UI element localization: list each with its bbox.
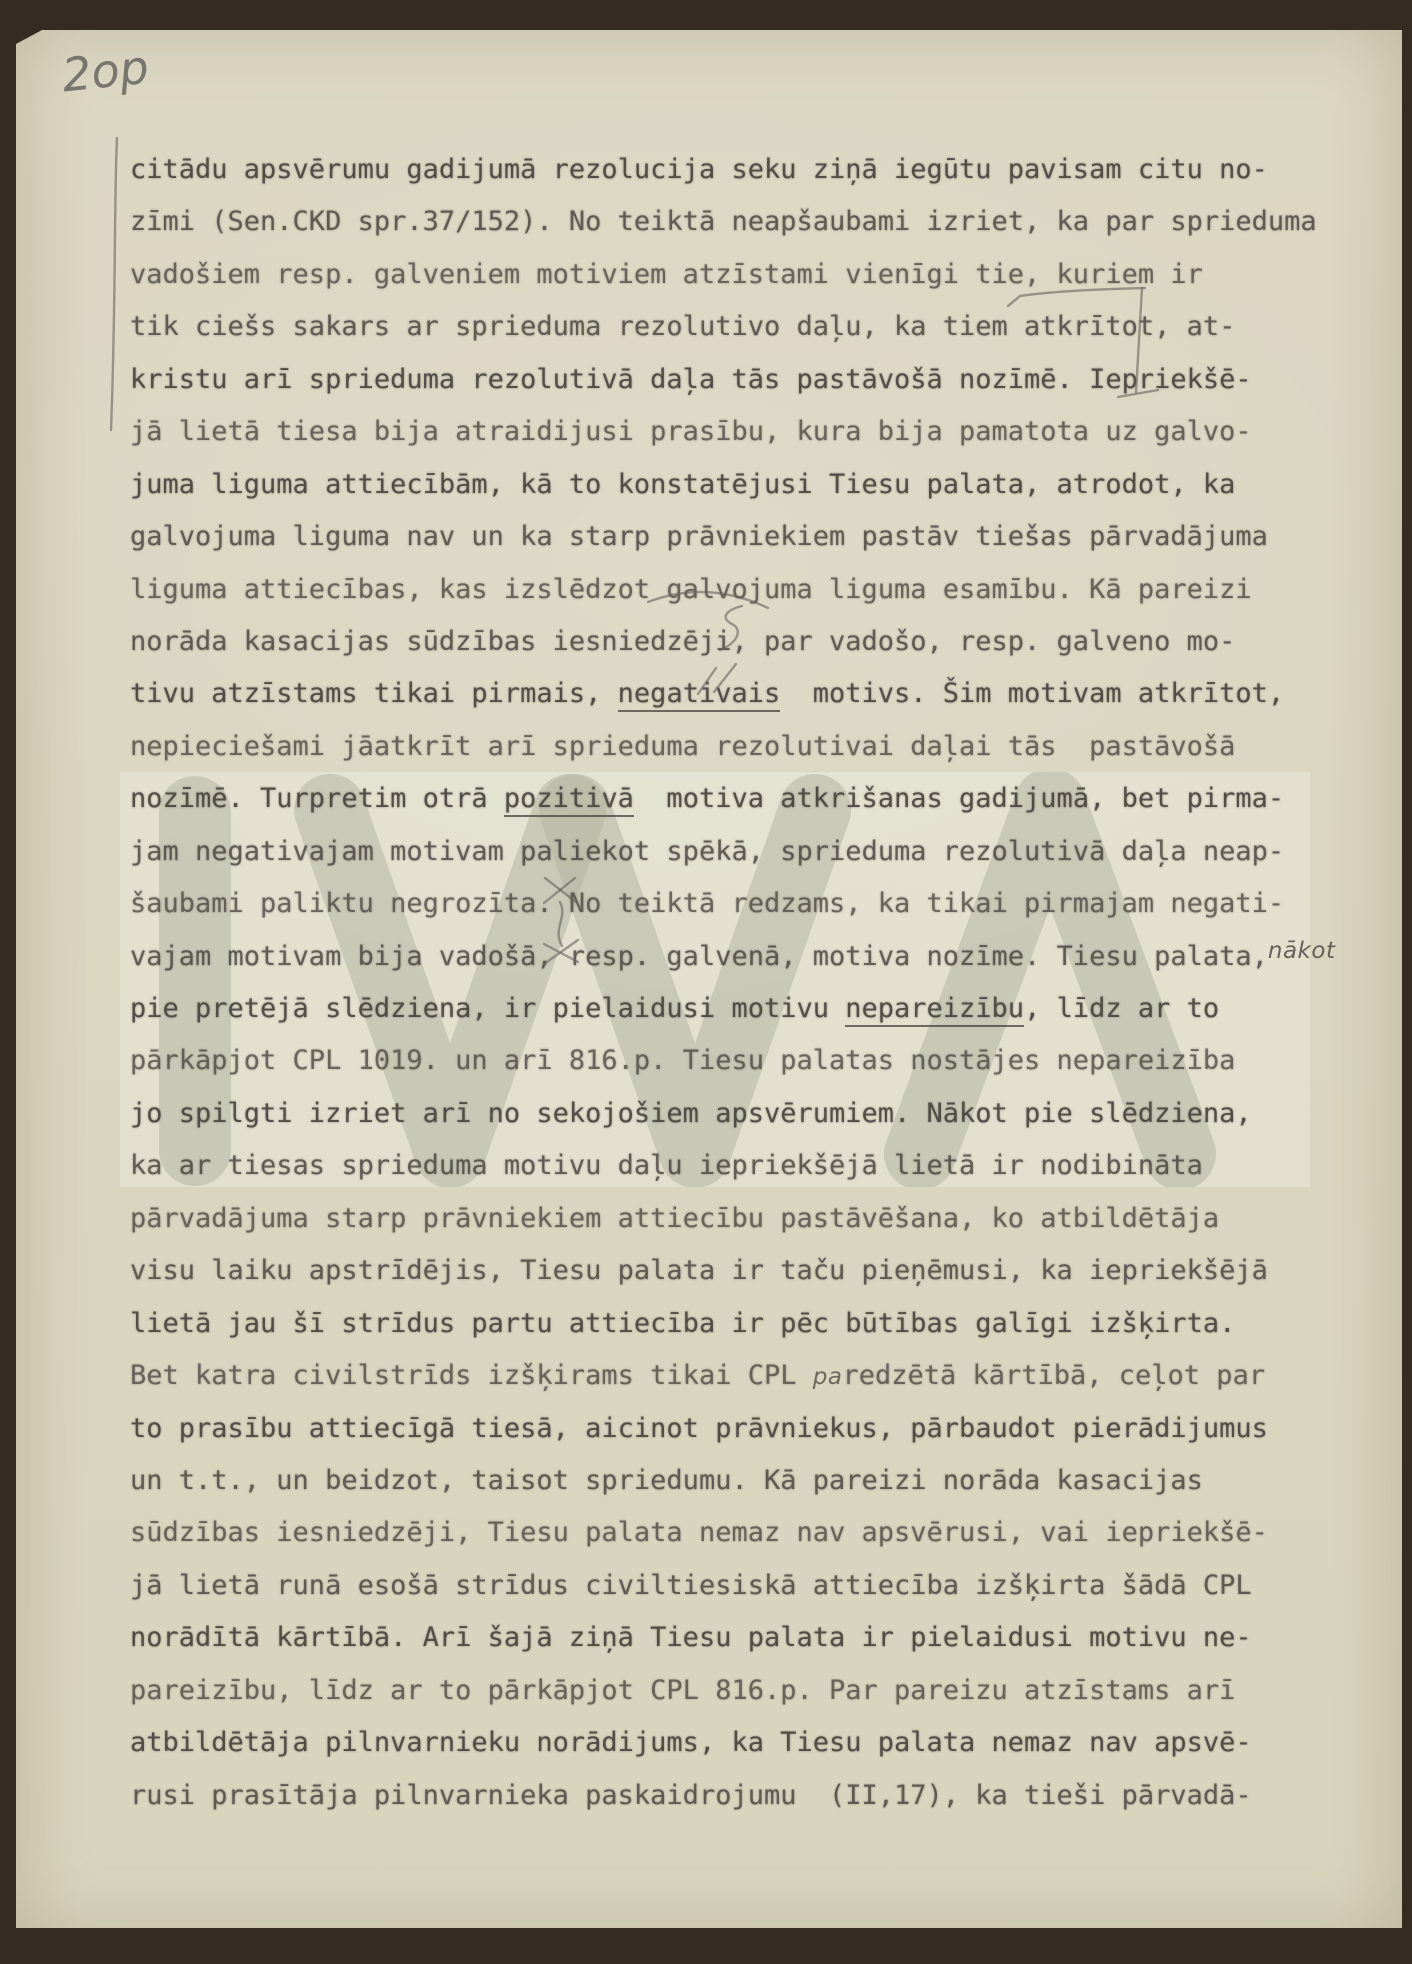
typed-segment: kristu arī sprieduma rezolutivā daļa tās… xyxy=(130,364,1252,395)
typed-segment: Bet katra civilstrīds izšķirams tikai CP… xyxy=(130,1360,813,1391)
typed-segment: pareizību, līdz ar to pārkāpjot CPL 816.… xyxy=(130,1675,1235,1706)
text-line: ka ar tiesas sprieduma motivu daļu iepri… xyxy=(130,1140,1340,1192)
text-line: tik ciešs sakars ar sprieduma rezolutivo… xyxy=(130,301,1340,353)
text-line: sūdzības iesniedzēji, Tiesu palata nemaz… xyxy=(130,1507,1340,1559)
text-line: tivu atzīstams tikai pirmais, negativais… xyxy=(130,668,1340,720)
text-line: kristu arī sprieduma rezolutivā daļa tās… xyxy=(130,354,1340,406)
handwritten-word: nākot xyxy=(1268,938,1336,964)
text-line: pārkāpjot CPL 1019. un arī 816.p. Tiesu … xyxy=(130,1035,1340,1087)
text-line: pie pretējā slēdziena, ir pielaidusi mot… xyxy=(130,983,1340,1035)
text-line: Bet katra civilstrīds izšķirams tikai CP… xyxy=(130,1350,1340,1402)
typed-segment: norādītā kārtībā. Arī šajā ziņā Tiesu pa… xyxy=(130,1622,1252,1653)
typed-segment: nozīmē. Turpretim otrā xyxy=(130,783,504,814)
typed-segment: sūdzības iesniedzēji, Tiesu palata nemaz… xyxy=(130,1517,1268,1548)
text-line: šaubami paliktu negrozīta. No teiktā red… xyxy=(130,878,1340,930)
text-line: nozīmē. Turpretim otrā pozitivā motiva a… xyxy=(130,773,1340,825)
typed-segment: rusi prasītāja pilnvarnieka paskaidrojum… xyxy=(130,1780,1252,1811)
text-line: jā lietā runā esošā strīdus civiltiesisk… xyxy=(130,1560,1340,1612)
text-line: galvojuma liguma nav un ka starp prāvnie… xyxy=(130,511,1340,563)
text-line: jā lietā tiesa bija atraidijusi prasību,… xyxy=(130,406,1340,458)
typed-segment: tik ciešs sakars ar sprieduma rezolutivo… xyxy=(130,311,1235,342)
typed-segment: tivu atzīstams tikai pirmais, xyxy=(130,678,618,709)
typed-segment: galvojuma liguma nav un ka starp prāvnie… xyxy=(130,521,1268,552)
underlined-word: nepareizību xyxy=(845,993,1024,1027)
text-line: liguma attiecības, kas izslēdzot galvoju… xyxy=(130,564,1340,616)
typed-segment: citādu apsvērumu gadijumā rezolucija sek… xyxy=(130,154,1268,185)
typed-segment: , līdz ar to xyxy=(1024,993,1219,1024)
typed-segment: redzētā kārtībā, ceļot par xyxy=(842,1360,1265,1391)
typed-segment: motivs. Šim motivam atkrītot, xyxy=(780,678,1284,709)
text-line: vajam motivam bija vadošā, resp. galvenā… xyxy=(130,931,1340,983)
typed-segment: lietā jau šī strīdus partu attiecība ir … xyxy=(130,1308,1235,1339)
typed-segment: atbildētāja pilnvarnieku norādijums, ka … xyxy=(130,1727,1252,1758)
typed-segment: nepieciešami jāatkrīt arī sprieduma rezo… xyxy=(130,731,1235,762)
handwritten-word: pa xyxy=(813,1364,843,1390)
text-line: pārvadājuma starp prāvniekiem attiecību … xyxy=(130,1193,1340,1245)
typed-segment: pārkāpjot CPL 1019. un arī 816.p. Tiesu … xyxy=(130,1045,1235,1076)
underlined-word: negativais xyxy=(618,678,781,712)
typed-segment: jo spilgti izriet arī no sekojošiem apsv… xyxy=(130,1098,1252,1129)
text-line: un t.t., un beidzot, taisot spriedumu. K… xyxy=(130,1455,1340,1507)
typed-segment: jā lietā tiesa bija atraidijusi prasību,… xyxy=(130,416,1252,447)
typed-segment: zīmi (Sen.CKD spr.37/152). No teiktā nea… xyxy=(130,206,1317,237)
text-line: atbildētāja pilnvarnieku norādijums, ka … xyxy=(130,1717,1340,1769)
typed-segment: vajam motivam bija vadošā, resp. galvenā… xyxy=(130,941,1268,972)
text-line: lietā jau šī strīdus partu attiecība ir … xyxy=(130,1298,1340,1350)
typed-segment: juma liguma attiecībām, kā to konstatēju… xyxy=(130,469,1235,500)
typed-segment: pārvadājuma starp prāvniekiem attiecību … xyxy=(130,1203,1219,1234)
text-line: visu laiku apstrīdējis, Tiesu palata ir … xyxy=(130,1245,1340,1297)
text-line: citādu apsvērumu gadijumā rezolucija sek… xyxy=(130,144,1340,196)
text-line: norāda kasacijas sūdzības iesniedzēji, p… xyxy=(130,616,1340,668)
text-line: nepieciešami jāatkrīt arī sprieduma rezo… xyxy=(130,721,1340,773)
typed-segment: jā lietā runā esošā strīdus civiltiesisk… xyxy=(130,1570,1252,1601)
typed-segment: liguma attiecības, kas izslēdzot galvoju… xyxy=(130,574,1252,605)
typewritten-text: citādu apsvērumu gadijumā rezolucija sek… xyxy=(130,144,1340,1822)
text-line: juma liguma attiecībām, kā to konstatēju… xyxy=(130,459,1340,511)
text-line: jam negativajam motivam paliekot spēkā, … xyxy=(130,826,1340,878)
text-line: jo spilgti izriet arī no sekojošiem apsv… xyxy=(130,1088,1340,1140)
typed-segment: jam negativajam motivam paliekot spēkā, … xyxy=(130,836,1284,867)
torn-corner xyxy=(16,30,42,44)
typed-segment: šaubami paliktu negrozīta. No teiktā red… xyxy=(130,888,1284,919)
text-line: vadošiem resp. galveniem motiviem atzīst… xyxy=(130,249,1340,301)
text-line: rusi prasītāja pilnvarnieka paskaidrojum… xyxy=(130,1770,1340,1822)
typed-segment: norāda kasacijas sūdzības iesniedzēji, p… xyxy=(130,626,1235,657)
text-line: pareizību, līdz ar to pārkāpjot CPL 816.… xyxy=(130,1665,1340,1717)
typed-segment: motiva atkrišanas gadijumā, bet pirma- xyxy=(634,783,1284,814)
text-line: zīmi (Sen.CKD spr.37/152). No teiktā nea… xyxy=(130,196,1340,248)
text-line: norādītā kārtībā. Arī šajā ziņā Tiesu pa… xyxy=(130,1612,1340,1664)
underlined-word: pozitivā xyxy=(504,783,634,817)
typed-segment: ka ar tiesas sprieduma motivu daļu iepri… xyxy=(130,1150,1203,1181)
typed-segment: un t.t., un beidzot, taisot spriedumu. K… xyxy=(130,1465,1203,1496)
handwritten-page-number: 2op xyxy=(59,40,151,103)
typed-segment: pie pretējā slēdziena, ir pielaidusi mot… xyxy=(130,993,845,1024)
typed-segment: vadošiem resp. galveniem motiviem atzīst… xyxy=(130,259,1203,290)
typed-segment: visu laiku apstrīdējis, Tiesu palata ir … xyxy=(130,1255,1268,1286)
text-line: to prasību attiecīgā tiesā, aicinot prāv… xyxy=(130,1403,1340,1455)
typed-segment: to prasību attiecīgā tiesā, aicinot prāv… xyxy=(130,1413,1268,1444)
